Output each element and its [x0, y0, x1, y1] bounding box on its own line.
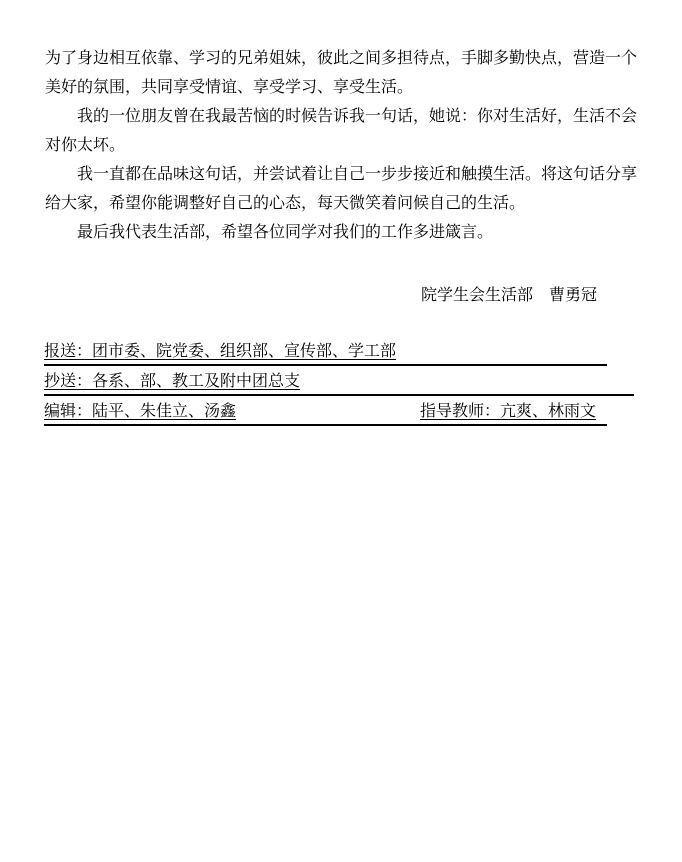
document-body: 为了身边相互依靠、学习的兄弟姐妹，彼此之间多担待点，手脚多勤快点，营造一个美好的… [45, 44, 637, 310]
advisors-text: 指导教师：亢爽、林雨文 [420, 400, 596, 424]
report-to-text: 报送：团市委、院党委、组织部、宣传部、学工部 [44, 343, 396, 360]
paragraph-friend-quote: 我的一位朋友曾在我最苦恼的时候告诉我一句话，她说：你对生活好，生活不会对你太坏。 [45, 102, 637, 160]
editors-row: 编辑：陆平、朱佳立、汤鑫 指导教师：亢爽、林雨文 [44, 400, 607, 426]
document-page: 为了身边相互依靠、学习的兄弟姐妹，彼此之间多担待点，手脚多勤快点，营造一个美好的… [0, 0, 682, 862]
copy-to-row: 抄送：各系、部、教工及附中团总支 [44, 370, 634, 396]
paragraph-continuation: 为了身边相互依靠、学习的兄弟姐妹，彼此之间多担待点，手脚多勤快点，营造一个美好的… [45, 44, 637, 102]
document-footer: 报送：团市委、院党委、组织部、宣传部、学工部 抄送：各系、部、教工及附中团总支 … [44, 340, 634, 430]
paragraph-sharing: 我一直都在品味这句话，并尝试着让自己一步步接近和触摸生活。将这句话分享给大家，希… [45, 160, 637, 218]
copy-to-text: 抄送：各系、部、教工及附中团总支 [44, 373, 300, 390]
report-to-row: 报送：团市委、院党委、组织部、宣传部、学工部 [44, 340, 607, 366]
signature-line: 院学生会生活部 曹勇冠 [45, 281, 637, 310]
editors-text: 编辑：陆平、朱佳立、汤鑫 [44, 403, 236, 420]
paragraph-closing: 最后我代表生活部，希望各位同学对我们的工作多进箴言。 [45, 218, 637, 247]
